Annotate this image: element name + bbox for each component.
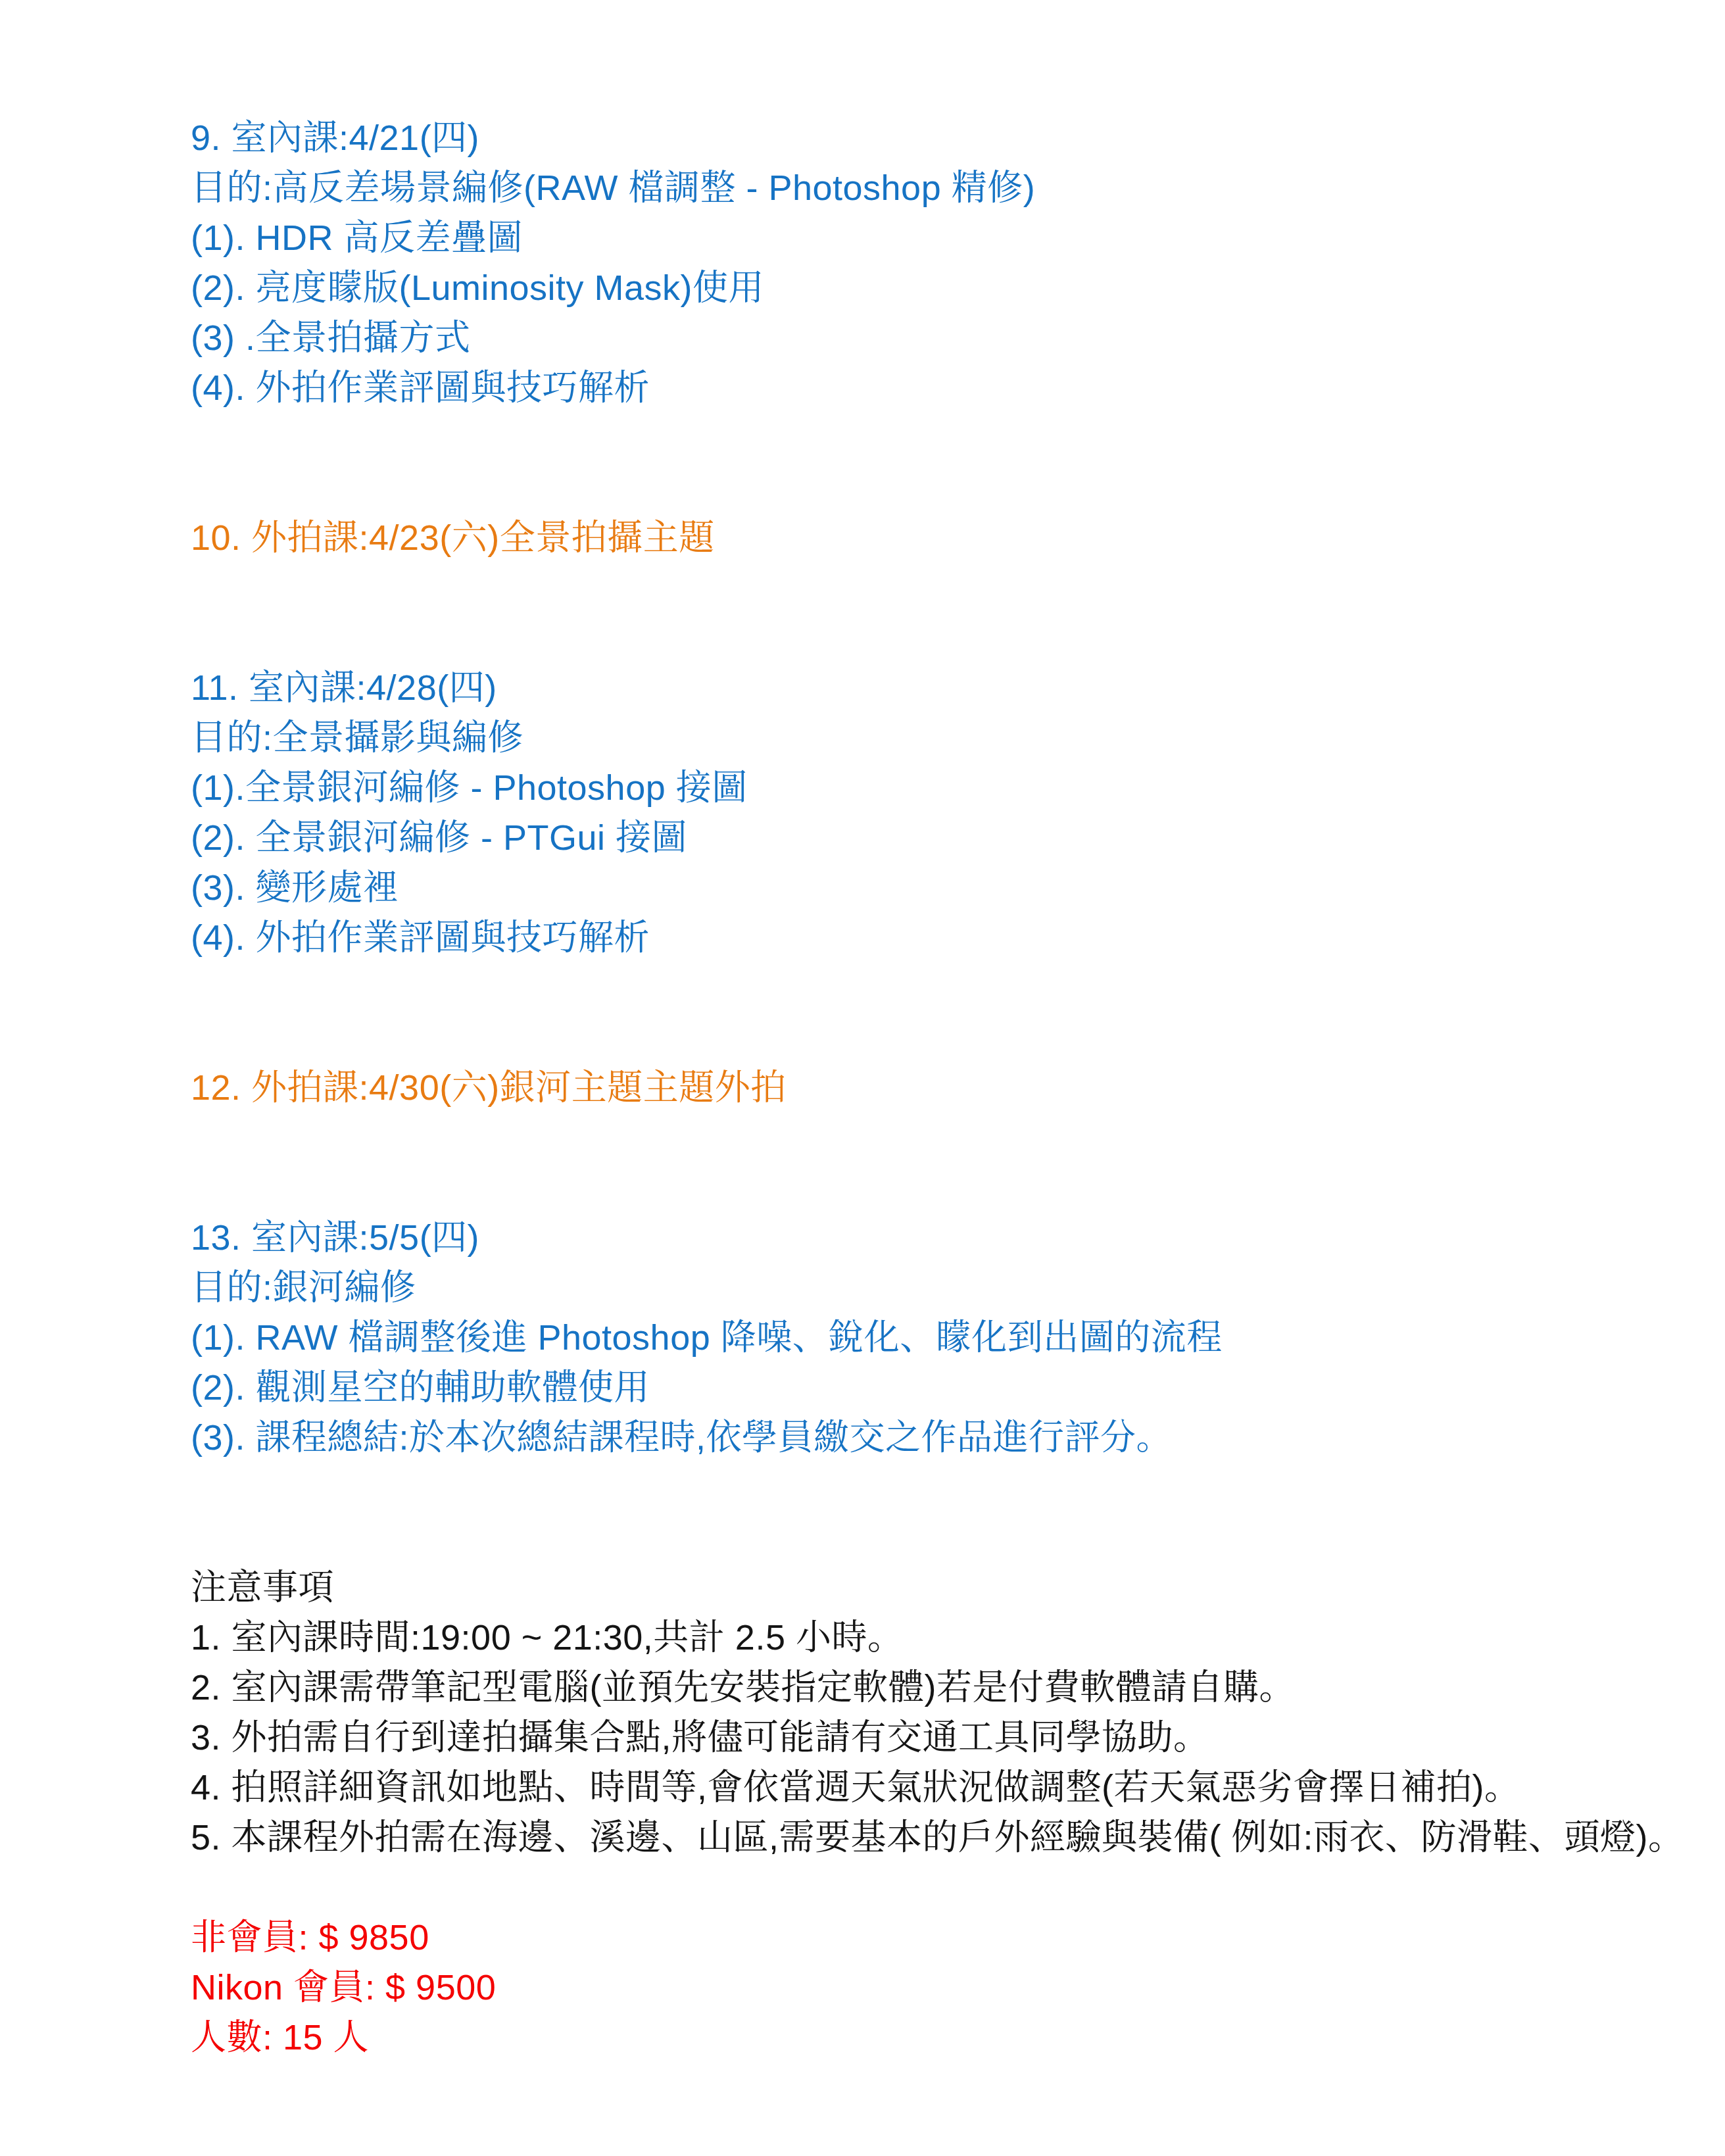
session-11-goal: 目的:全景攝影與編修 xyxy=(191,713,1646,763)
session-9-item-2: (2). 亮度矇版(Luminosity Mask)使用 xyxy=(191,263,1646,313)
session-9-title: 9. 室內課:4/21(四) xyxy=(191,113,1646,163)
session-9-goal: 目的:高反差場景編修(RAW 檔調整 - Photoshop 精修) xyxy=(191,163,1646,213)
session-9-block: 9. 室內課:4/21(四) 目的:高反差場景編修(RAW 檔調整 - Phot… xyxy=(191,113,1646,413)
session-13-goal: 目的:銀河編修 xyxy=(191,1263,1646,1313)
spacer xyxy=(191,1113,1646,1213)
session-11-item-1: (1).全景銀河編修 - Photoshop 接圖 xyxy=(191,763,1646,813)
note-item-2: 2. 室內課需帶筆記型電腦(並預先安裝指定軟體)若是付費軟體請自購。 xyxy=(191,1663,1646,1713)
session-9-item-3: (3) .全景拍攝方式 xyxy=(191,313,1646,363)
session-13-item-1: (1). RAW 檔調整後進 Photoshop 降噪、銳化、矇化到出圖的流程 xyxy=(191,1313,1646,1363)
spacer xyxy=(191,1863,1646,1913)
session-13-item-2: (2). 觀測星空的輔助軟體使用 xyxy=(191,1363,1646,1413)
session-11-block: 11. 室內課:4/28(四) 目的:全景攝影與編修 (1).全景銀河編修 - … xyxy=(191,663,1646,963)
notes-heading: 注意事項 xyxy=(191,1563,1646,1613)
session-13-title: 13. 室內課:5/5(四) xyxy=(191,1213,1646,1263)
spacer xyxy=(191,413,1646,513)
session-11-item-4: (4). 外拍作業評圖與技巧解析 xyxy=(191,913,1646,963)
course-syllabus-document: 9. 室內課:4/21(四) 目的:高反差場景編修(RAW 檔調整 - Phot… xyxy=(0,0,1725,2156)
price-non-member: 非會員: $ 9850 xyxy=(191,1913,1646,1963)
pricing-block: 非會員: $ 9850 Nikon 會員: $ 9500 人數: 15 人 xyxy=(191,1913,1646,2063)
note-item-1: 1. 室內課時間:19:00 ~ 21:30,共計 2.5 小時。 xyxy=(191,1613,1646,1663)
session-10-title: 10. 外拍課:4/23(六)全景拍攝主題 xyxy=(191,513,1646,563)
session-12-title: 12. 外拍課:4/30(六)銀河主題主題外拍 xyxy=(191,1063,1646,1113)
session-10-block: 10. 外拍課:4/23(六)全景拍攝主題 xyxy=(191,513,1646,563)
note-item-4: 4. 拍照詳細資訊如地點、時間等,會依當週天氣狀況做調整(若天氣惡劣會擇日補拍)… xyxy=(191,1763,1646,1813)
class-capacity: 人數: 15 人 xyxy=(191,2013,1646,2063)
session-11-item-3: (3). 變形處裡 xyxy=(191,863,1646,913)
spacer xyxy=(191,1463,1646,1563)
note-item-3: 3. 外拍需自行到達拍攝集合點,將儘可能請有交通工具同學協助。 xyxy=(191,1713,1646,1763)
spacer xyxy=(191,563,1646,663)
session-11-item-2: (2). 全景銀河編修 - PTGui 接圖 xyxy=(191,813,1646,863)
note-item-5: 5. 本課程外拍需在海邊、溪邊、山區,需要基本的戶外經驗與裝備( 例如:雨衣、防… xyxy=(191,1813,1646,1863)
session-11-title: 11. 室內課:4/28(四) xyxy=(191,663,1646,713)
session-13-block: 13. 室內課:5/5(四) 目的:銀河編修 (1). RAW 檔調整後進 Ph… xyxy=(191,1213,1646,1463)
price-nikon-member: Nikon 會員: $ 9500 xyxy=(191,1963,1646,2013)
session-13-item-3: (3). 課程總結:於本次總結課程時,依學員繳交之作品進行評分。 xyxy=(191,1413,1646,1463)
session-9-item-4: (4). 外拍作業評圖與技巧解析 xyxy=(191,363,1646,413)
session-9-item-1: (1). HDR 高反差疊圖 xyxy=(191,213,1646,263)
notes-block: 注意事項 1. 室內課時間:19:00 ~ 21:30,共計 2.5 小時。 2… xyxy=(191,1563,1646,1863)
spacer xyxy=(191,963,1646,1063)
session-12-block: 12. 外拍課:4/30(六)銀河主題主題外拍 xyxy=(191,1063,1646,1113)
